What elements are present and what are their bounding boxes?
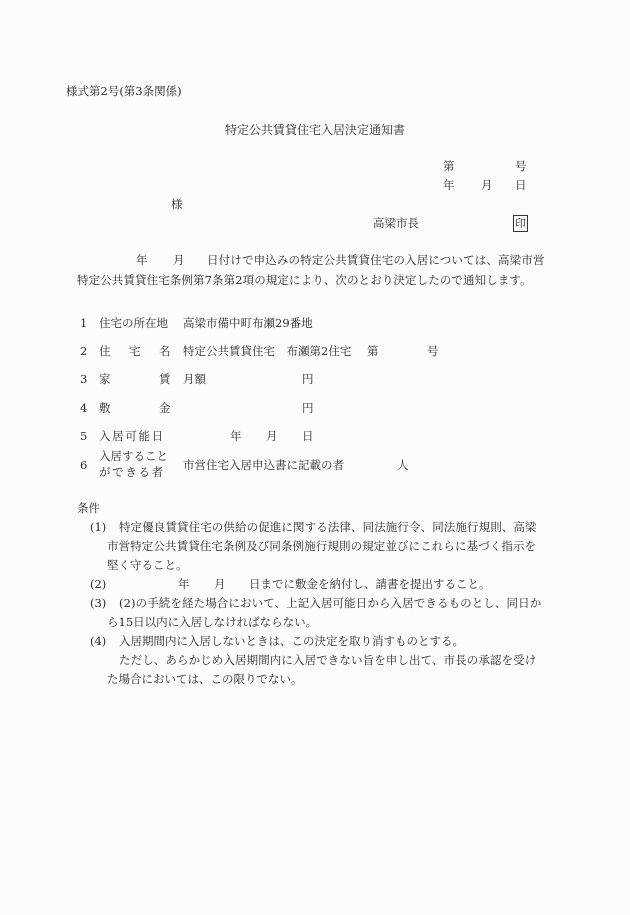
item-label-movein-date: 入 居 可 能 日 xyxy=(99,431,162,443)
item-value-number-prefix: 第 xyxy=(367,346,379,358)
item-label-eligible-line2: が で き る 者 xyxy=(99,467,162,479)
condition-number: (4) xyxy=(90,636,106,648)
item-number: 4 xyxy=(80,403,87,415)
document-title: 特定公共賃貸住宅入居決定通知書 xyxy=(225,124,405,136)
condition-number: (3) xyxy=(90,598,106,610)
item-number: 6 xyxy=(80,460,87,472)
form-number: 様式第2号(第3条関係) xyxy=(66,86,182,98)
item-value-eligible: 市営住宅入居申込書に記載の者 xyxy=(183,460,344,472)
item-label-char: 名 xyxy=(159,346,171,358)
item-value-rent-unit: 円 xyxy=(302,374,314,386)
conditions-heading: 条件 xyxy=(77,503,100,515)
condition-line: 市営特定公共賃貸住宅条例及び同条例施行規則の規定並びにこれらに基づく指示を xyxy=(107,541,536,553)
date-year: 年 xyxy=(443,180,455,192)
item-date-month: 月 xyxy=(266,431,278,443)
addressee-suffix: 様 xyxy=(171,199,183,211)
item-label-char: 敷 xyxy=(99,403,111,415)
doc-number-suffix: 号 xyxy=(515,161,527,173)
doc-number-prefix: 第 xyxy=(443,161,455,173)
item-number: 2 xyxy=(80,346,87,358)
item-value-location: 高梁市備中町布瀬29番地 xyxy=(183,318,313,330)
item-value-number-suffix: 号 xyxy=(427,346,439,358)
condition-number: (2) xyxy=(90,579,106,591)
seal-stamp: 印 xyxy=(513,215,528,232)
condition-line: 日までに敷金を納付し、請書を提出すること。 xyxy=(249,579,491,591)
issuer: 高梁市長 xyxy=(373,218,419,230)
item-value-eligible-unit: 人 xyxy=(397,460,409,472)
item-label-char: 金 xyxy=(159,403,171,415)
condition-number: (1) xyxy=(90,522,106,534)
condition-line: 特定優良賃貸住宅の供給の促進に関する法律、同法施行令、同法施行規則、高梁 xyxy=(119,522,537,534)
date-month: 月 xyxy=(481,180,493,192)
seal-icon: 印 xyxy=(513,215,528,232)
item-number: 1 xyxy=(80,318,87,330)
intro-year: 年 xyxy=(136,255,148,267)
item-number: 3 xyxy=(80,374,87,386)
item-number: 5 xyxy=(80,431,87,443)
condition-line: ら15日以内に入居しなければならない。 xyxy=(107,617,317,629)
date-day: 日 xyxy=(515,180,527,192)
item-label-char: 賃 xyxy=(159,374,171,386)
condition-line: (2)の手続を経た場合において、上記入居可能日から入居できるものとし、同日か xyxy=(119,598,541,610)
condition-date-year: 年 xyxy=(178,579,190,591)
intro-line2: 特定公共賃貸住宅条例第7条第2項の規定により、次のとおり決定したので通知します。 xyxy=(77,275,532,287)
item-date-day: 日 xyxy=(302,431,314,443)
item-value-rent-prefix: 月額 xyxy=(183,374,206,386)
item-date-year: 年 xyxy=(230,431,242,443)
condition-line: ただし、あらかじめ入居期間内に入居できない旨を申し出て、市長の承認を受け xyxy=(119,655,536,667)
item-label-location: 住宅の所在地 xyxy=(99,318,168,330)
item-label-char: 家 xyxy=(99,374,111,386)
item-value-deposit-unit: 円 xyxy=(302,403,314,415)
condition-line: 堅く守ること。 xyxy=(107,560,188,572)
item-label-char: 住 xyxy=(99,346,111,358)
item-label-eligible-line1: 入居すること xyxy=(99,451,168,463)
condition-line: た場合においては、この限りでない。 xyxy=(107,674,303,686)
intro-line1: 日付けで申込みの特定公共賃貸住宅の入居については、高梁市営 xyxy=(207,255,545,267)
item-label-char: 宅 xyxy=(129,346,141,358)
condition-date-month: 月 xyxy=(214,579,226,591)
intro-month: 月 xyxy=(173,255,185,267)
item-value-housing-name: 特定公共賃貸住宅 布瀬第2住宅 xyxy=(183,346,351,358)
condition-line: 入居期間内に入居しないときは、この決定を取り消すものとする。 xyxy=(119,636,464,648)
